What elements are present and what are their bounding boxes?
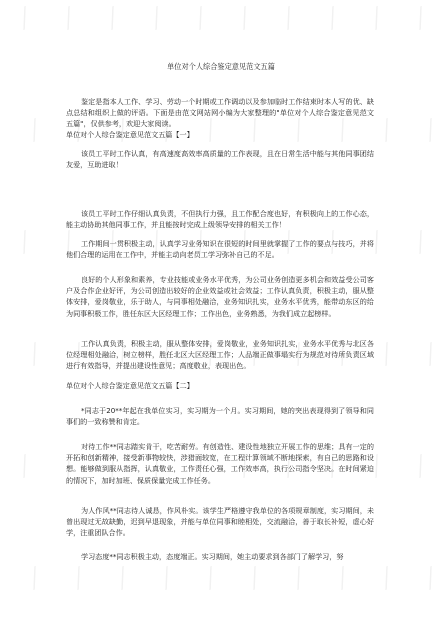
watermark-glyph: ╱ <box>414 111 440 151</box>
watermark-glyph: ╱ <box>8 0 42 39</box>
watermark-glyph: ╱ <box>228 0 262 39</box>
section2-paragraph-1: *同志于20**年起在我单位实习，实习期为一个月。实习期间，她的突出表现得到了领… <box>66 405 374 427</box>
watermark-glyph: ╱ <box>238 559 272 599</box>
watermark-glyph: ╱ <box>370 559 404 599</box>
watermark-glyph: ╱ <box>62 559 96 599</box>
watermark-glyph: ╱ <box>404 447 438 487</box>
watermark-glyph: ╱ <box>96 0 130 39</box>
section1-paragraph-5: 工作认真负责，积极主动，服从整体安排，爱岗敬业，业务知识扎实，业务水平优秀与北区… <box>66 338 374 372</box>
section1-paragraph-3: 工作期间一贯积极主动，认真学习业务知识在很短的时间里就掌握了工作的要点与技巧，并… <box>66 238 374 260</box>
watermark-glyph: ╱ <box>282 559 316 599</box>
section2-heading: 单位对个人综合鉴定意见范文五篇【二】 <box>66 380 374 391</box>
document-title: 单位对个人综合鉴定意见范文五篇 <box>66 62 376 72</box>
section1-paragraph-4: 良好的个人形象和素养，专业技能或业务水平优秀，为公司业务创造更多机会和效益受公司… <box>66 274 374 319</box>
watermark-glyph: ╱ <box>8 223 42 263</box>
watermark-glyph: ╱ <box>184 0 218 39</box>
watermark-glyph: ╱ <box>18 335 52 375</box>
watermark-glyph: ╱ <box>194 559 228 599</box>
section1-paragraph-1: 该员工平时工作认真，有高速度高效率高质量的工作表现，且在日常生活中能与其他同事团… <box>66 148 374 170</box>
watermark-glyph: ╱ <box>316 0 350 39</box>
intro-paragraph: 鉴定是指本人工作、学习、劳动一个时期或工作调动以及参加临时工作结束时本人写的优、… <box>66 96 374 130</box>
watermark-glyph: ╱ <box>414 559 440 599</box>
section2-paragraph-3: 为人作风**同志待人诚恳，作风朴实。该学生严格遵守我单位的各项规章制度，实习期间… <box>66 505 374 539</box>
watermark-glyph: ╱ <box>360 0 394 39</box>
watermark-glyph: ╱ <box>140 0 174 39</box>
watermark-glyph: ╱ <box>326 559 360 599</box>
section1-paragraph-2: 该员工平时工作仔细认真负责，不但执行力强，且工作配合度也好，有积极向上的工作心态… <box>66 208 374 230</box>
watermark-glyph: ╱ <box>18 111 52 151</box>
section2-paragraph-2: 对待工作**同志踏实肯干，吃苦耐劳。有创造性、建设性地独立开展工作的思维；具有一… <box>66 441 374 486</box>
watermark-glyph: ╱ <box>272 0 306 39</box>
watermark-glyph: ╱ <box>370 335 404 375</box>
watermark-glyph: ╱ <box>370 111 404 151</box>
watermark-glyph: ╱ <box>404 0 438 39</box>
watermark-glyph: ╱ <box>150 559 184 599</box>
watermark-glyph: ╱ <box>52 0 86 39</box>
watermark-glyph: ╱ <box>414 335 440 375</box>
section1-heading: 单位对个人综合鉴定意见范文五篇【一】 <box>66 129 374 140</box>
watermark-glyph: ╱ <box>18 559 52 599</box>
watermark-glyph: ╱ <box>106 559 140 599</box>
watermark-glyph: ╱ <box>404 223 438 263</box>
watermark-glyph: ╱ <box>8 447 42 487</box>
section2-paragraph-4: 学习态度**同志积极主动，态度端正。实习期间，她主动要求到各部门了解学习，努 <box>66 551 374 562</box>
